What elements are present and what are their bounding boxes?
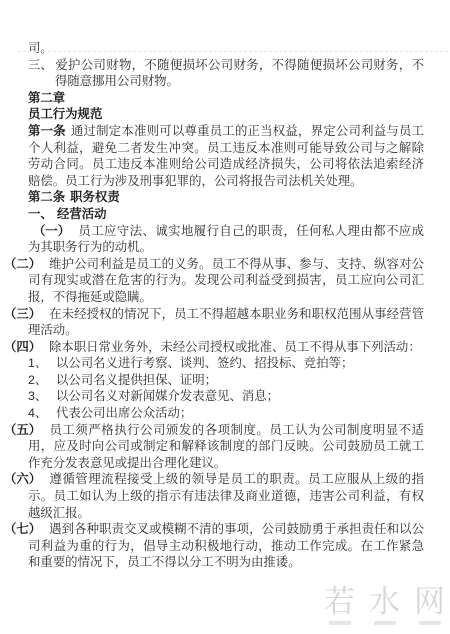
- watermark-subtext-mark: [419, 621, 441, 625]
- watermark-subtext-mark: [329, 621, 351, 625]
- clause-1-label: （一）: [33, 223, 78, 240]
- scan-artifact-line: [18, 51, 448, 52]
- clause-2-label: （二）: [4, 256, 49, 273]
- subitem-1-number: 1、: [28, 355, 56, 372]
- subitem-4-number: 4、: [28, 405, 56, 422]
- article-2-title: 职务权责: [70, 190, 120, 204]
- clause-5-label: （五）: [4, 422, 49, 439]
- subitem-3-number: 3、: [28, 388, 56, 405]
- section-1-title: 经营活动: [57, 207, 107, 221]
- article-1-label: 第一条: [28, 124, 66, 138]
- clause-4-subitem-2: 2、以公司名义提供担保、证明；: [28, 372, 424, 389]
- subitem-4-text: 代表公司出席公众活动；: [56, 406, 192, 420]
- paragraph-fragment: 司。: [28, 40, 424, 57]
- clause-3-text: 在未经授权的情况下，员工不得超越本职业务和职权范围从事经营管理活动。: [28, 307, 424, 338]
- list-item-three: 三、爱护公司财物，不随便损坏公司财务，不得随便损坏公司财务，不得随意挪用公司财物…: [28, 57, 424, 90]
- clause-1: （一）员工应守法、诚实地履行自己的职责，任何私人理由都不应成为其职务行为的动机。: [28, 223, 424, 256]
- watermark-char-2: 水: [369, 585, 400, 625]
- clause-3-label: （三）: [4, 306, 49, 323]
- watermark-glyph: 水: [369, 585, 400, 618]
- document-page: 司。 三、爱护公司财物，不随便损坏公司财务，不得随便损坏公司财务，不得随意挪用公…: [0, 0, 450, 634]
- article-2-heading: 第二条职务权责: [28, 189, 424, 206]
- watermark: 若 水 网: [324, 585, 445, 625]
- clause-7: （七）遇到各种职责交叉或模糊不清的事项，公司鼓励勇于承担责任和以公司利益为重的行…: [28, 521, 424, 571]
- clause-6-text: 遵循管理流程接受上级的领导是员工的职责。员工应服从上级的指示。员工如认为上级的指…: [28, 472, 424, 519]
- clause-2: （二）维护公司利益是员工的义务。员工不得从事、参与、支持、纵容对公司有现实或潜在…: [28, 256, 424, 306]
- clause-4-subitem-3: 3、以公司名义对新闻媒介发表意见、消息；: [28, 388, 424, 405]
- clause-3: （三）在未经授权的情况下，员工不得超越本职业务和职权范围从事经营管理活动。: [28, 306, 424, 339]
- clause-4-label: （四）: [4, 339, 49, 356]
- clause-5-text: 员工须严格执行公司颁发的各项制度。员工认为公司制度明显不适用，应及时向公司或制定…: [28, 423, 424, 470]
- clause-6: （六）遵循管理流程接受上级的领导是员工的职责。员工应服从上级的指示。员工如认为上…: [28, 471, 424, 521]
- clause-4: （四）除本职日常业务外，未经公司授权或批准、员工不得从事下列活动：: [28, 339, 424, 356]
- clause-4-subitem-1: 1、以公司名义进行考察、谈判、签约、招投标、竞拍等；: [28, 355, 424, 372]
- chapter-number-heading: 第二章: [28, 90, 424, 107]
- clause-2-text: 维护公司利益是员工的义务。员工不得从事、参与、支持、纵容对公司有现实或潜在危害的…: [28, 257, 424, 304]
- watermark-char-3: 网: [414, 585, 445, 625]
- section-1-label: 一、: [28, 206, 57, 223]
- subitem-1-text: 以公司名义进行考察、谈判、签约、招投标、竞拍等；: [56, 356, 353, 370]
- section-1-heading: 一、经营活动: [28, 206, 424, 223]
- list-item-three-label: 三、: [28, 57, 55, 74]
- subitem-2-number: 2、: [28, 372, 56, 389]
- article-1-text: 通过制定本准则可以尊重员工的正当权益，界定公司利益与员工个人利益，避免二者发生冲…: [28, 124, 424, 188]
- clause-1-text: 员工应守法、诚实地履行自己的职责，任何私人理由都不应成为其职务行为的动机。: [28, 224, 424, 255]
- clause-5: （五）员工须严格执行公司颁发的各项制度。员工认为公司制度明显不适用，应及时向公司…: [28, 422, 424, 472]
- article-2-label: 第二条: [28, 190, 65, 204]
- chapter-title-heading: 员工行为规范: [28, 106, 424, 123]
- clause-4-subitem-4: 4、代表公司出席公众活动；: [28, 405, 424, 422]
- clause-7-text: 遇到各种职责交叉或模糊不清的事项，公司鼓励勇于承担责任和以公司利益为重的行为，倡…: [28, 522, 424, 569]
- list-item-three-text: 爱护公司财物，不随便损坏公司财务，不得随便损坏公司财务，不得随意挪用公司财物。: [55, 58, 424, 89]
- watermark-glyph: 网: [414, 585, 445, 618]
- clause-6-label: （六）: [4, 471, 49, 488]
- subitem-2-text: 以公司名义提供担保、证明；: [56, 373, 217, 387]
- watermark-glyph: 若: [324, 585, 355, 618]
- clause-4-text: 除本职日常业务外，未经公司授权或批准、员工不得从事下列活动：: [49, 340, 421, 354]
- watermark-char-1: 若: [324, 585, 355, 625]
- subitem-3-text: 以公司名义对新闻媒介发表意见、消息；: [56, 389, 279, 403]
- watermark-subtext-mark: [374, 621, 396, 625]
- clause-7-label: （七）: [4, 521, 49, 538]
- article-1-paragraph: 第一条通过制定本准则可以尊重员工的正当权益，界定公司利益与员工个人利益，避免二者…: [28, 123, 424, 189]
